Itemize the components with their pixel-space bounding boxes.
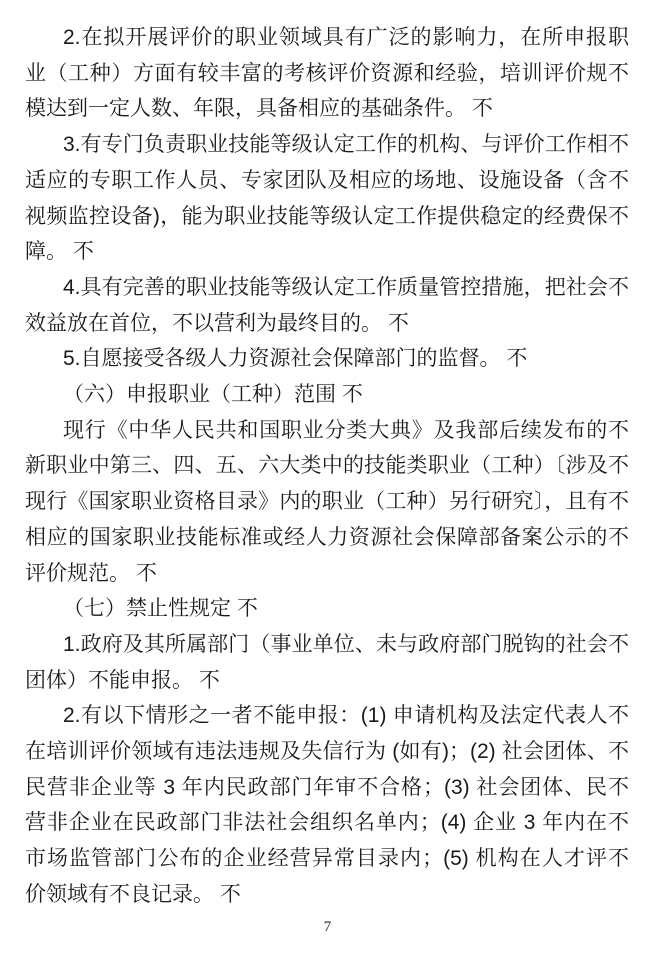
text-line: 3.有专门负责职业技能等级认定工作的机构、与评价工作相不 bbox=[25, 127, 629, 163]
text-line: 在培训评价领域有违法违规及失信行为 (如有)；(2) 社会团体、不 bbox=[25, 734, 629, 770]
text-line: 现行《中华人民共和国职业分类大典》及我部后续发布的不 bbox=[25, 413, 629, 449]
text-line: 效益放在首位，不以营利为最终目的。 不 bbox=[25, 306, 629, 342]
text-line: 2.在拟开展评价的职业领域具有广泛的影响力，在所申报职 bbox=[25, 20, 629, 56]
document-body: 2.在拟开展评价的职业领域具有广泛的影响力，在所申报职业（工种）方面有较丰富的考… bbox=[0, 0, 655, 913]
text-line: 模达到一定人数、年限，具备相应的基础条件。 不 bbox=[25, 91, 629, 127]
text-line: 评价规范。 不 bbox=[25, 556, 629, 592]
text-line: 2.有以下情形之一者不能申报：(1) 申请机构及法定代表人不 bbox=[25, 698, 629, 734]
text-line: 适应的专职工作人员、专家团队及相应的场地、设施设备（含不 bbox=[25, 163, 629, 199]
text-line: 业（工种）方面有较丰富的考核评价资源和经验，培训评价规不 bbox=[25, 56, 629, 92]
text-line: 相应的国家职业技能标准或经人力资源社会保障部备案公示的不 bbox=[25, 520, 629, 556]
text-line: 5.自愿接受各级人力资源社会保障部门的监督。 不 bbox=[25, 341, 629, 377]
text-line: 障。 不 bbox=[25, 234, 629, 270]
text-line: 营非企业在民政部门非法社会组织名单内；(4) 企业 3 年内在不 bbox=[25, 805, 629, 841]
text-line: 新职业中第三、四、五、六大类中的技能类职业（工种）〔涉及不 bbox=[25, 448, 629, 484]
text-line: 现行《国家职业资格目录》内的职业（工种）另行研究〕，且有不 bbox=[25, 484, 629, 520]
text-line: 4.具有完善的职业技能等级认定工作质量管控措施，把社会不 bbox=[25, 270, 629, 306]
text-line: （七）禁止性规定 不 bbox=[25, 591, 629, 627]
text-line: 1.政府及其所属部门（事业单位、未与政府部门脱钩的社会不 bbox=[25, 627, 629, 663]
text-line: 视频监控设备)，能为职业技能等级认定工作提供稳定的经费保不 bbox=[25, 199, 629, 235]
text-line: 市场监管部门公布的企业经营异常目录内；(5) 机构在人才评不 bbox=[25, 841, 629, 877]
text-line: 价领域有不良记录。 不 bbox=[25, 877, 629, 913]
document-page: 2.在拟开展评价的职业领域具有广泛的影响力，在所申报职业（工种）方面有较丰富的考… bbox=[0, 0, 655, 958]
text-line: 民营非企业等 3 年内民政部门年审不合格；(3) 社会团体、民不 bbox=[25, 770, 629, 806]
text-line: 团体）不能申报。 不 bbox=[25, 663, 629, 699]
page-number: 7 bbox=[0, 919, 655, 936]
text-line: （六）申报职业（工种）范围 不 bbox=[25, 377, 629, 413]
